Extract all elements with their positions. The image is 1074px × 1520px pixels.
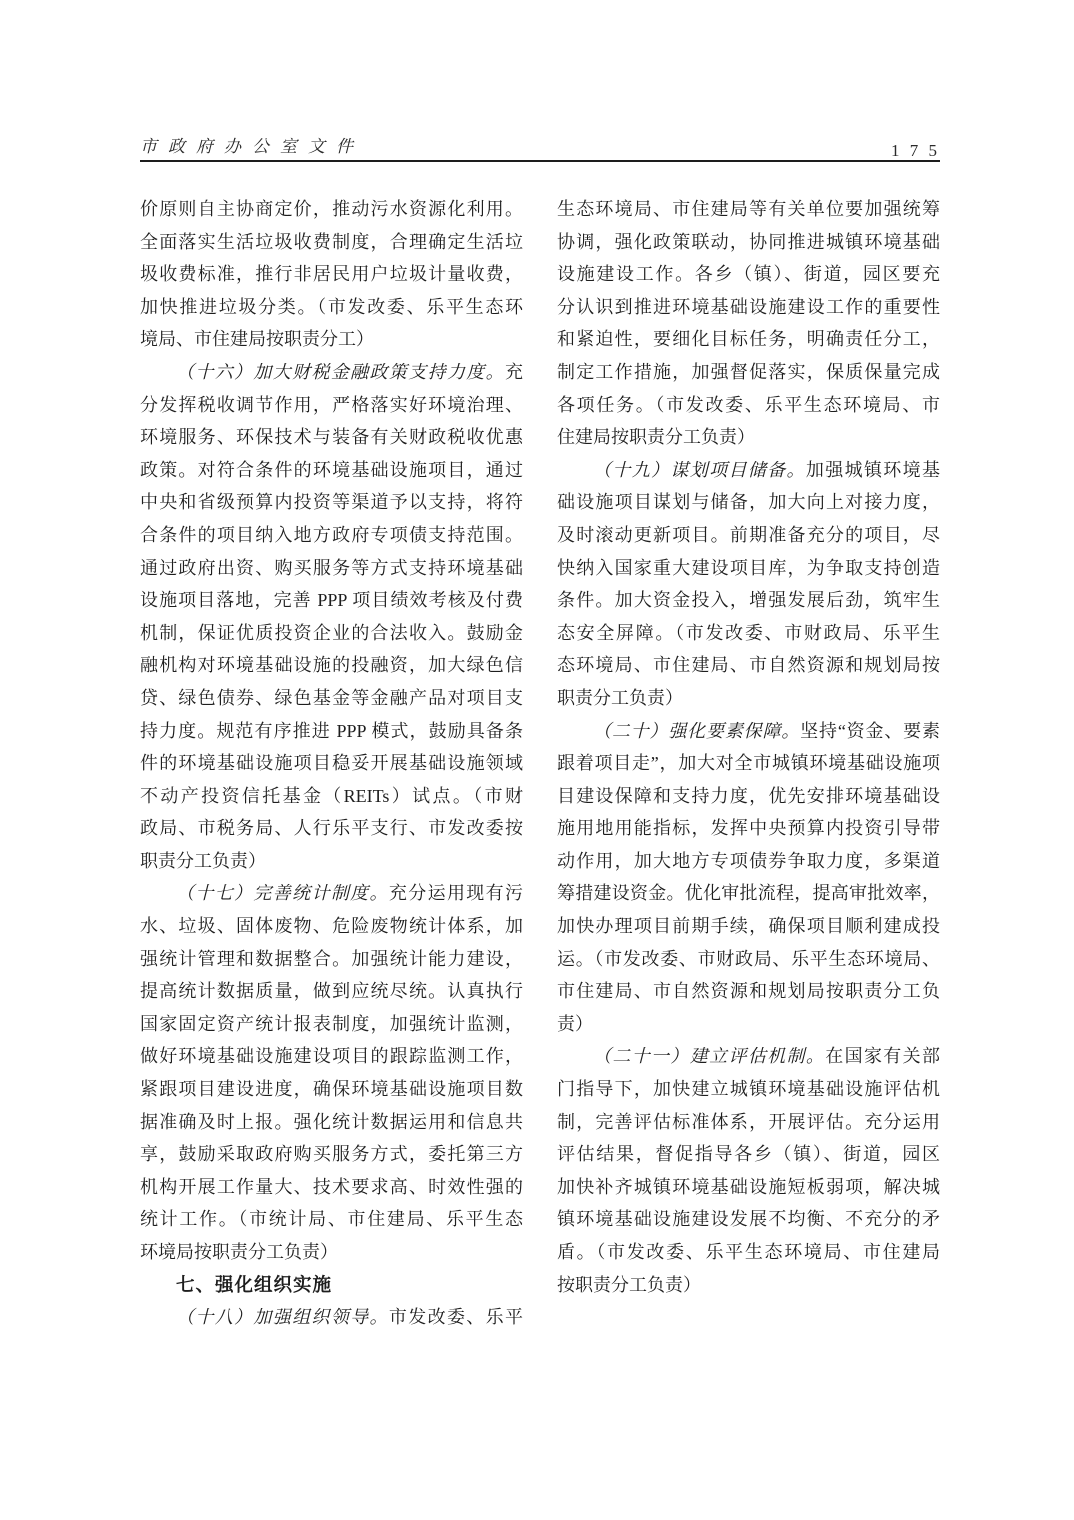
text-line: 评估结果，督促指导各乡（镇）、街道，园区 <box>557 1138 940 1171</box>
text-column-left: 价原则自主协商定价，推动污水资源化利用。全面落实生活垃圾收费制度，合理确定生活垃… <box>140 193 523 1334</box>
text-segment: 态环境局、市住建局、市自然资源和规划局按 <box>557 655 940 675</box>
text-line: 动作用，加大地方专项债券争取力度，多渠道 <box>557 845 940 878</box>
text-segment: 政局、市税务局、人行乐平支行、市发改委按 <box>140 818 523 838</box>
text-line: 设施项目落地，完善 PPP 项目绩效考核及付费 <box>140 584 523 617</box>
text-line: 职责分工负责） <box>140 845 523 878</box>
text-segment: （十九）谋划项目储备。 <box>593 460 806 480</box>
text-line: 据准确及时上报。强化统计数据运用和信息共 <box>140 1106 523 1139</box>
text-segment: 责） <box>557 1014 593 1034</box>
text-line: 态环境局、市住建局、市自然资源和规划局按 <box>557 649 940 682</box>
text-segment: 态安全屏障。（市发改委、市财政局、乐平生 <box>557 623 940 643</box>
text-segment: 镇环境基础设施建设发展不均衡、不充分的矛 <box>557 1209 940 1229</box>
text-line: 运。（市发改委、市财政局、乐平生态环境局、 <box>557 943 940 976</box>
text-segment: 跟着项目走”，加大对全市城镇环境基础设施项 <box>557 753 940 773</box>
document-page: 市政府办公室文件 1 7 5 价原则自主协商定价，推动污水资源化利用。全面落实生… <box>0 0 1074 1520</box>
text-segment: 设施项目落地，完善 PPP 项目绩效考核及付费 <box>140 590 523 610</box>
text-line: 筹措建设资金。优化审批流程，提高审批效率， <box>557 877 940 910</box>
text-segment: 加快补齐城镇环境基础设施短板弱项，解决城 <box>557 1177 940 1197</box>
text-segment: 职责分工负责） <box>557 688 683 708</box>
text-segment: （十七）完善统计制度。 <box>176 883 389 903</box>
text-line: （十七）完善统计制度。充分运用现有污 <box>140 877 523 910</box>
text-line: 职责分工负责） <box>557 682 940 715</box>
text-line: 合条件的项目纳入地方政府专项债支持范围。 <box>140 519 523 552</box>
text-segment: 分认识到推进环境基础设施建设工作的重要性 <box>557 297 940 317</box>
text-segment: 分发挥税收调节作用，严格落实好环境治理、 <box>140 395 523 415</box>
text-segment: 统计工作。（市统计局、市住建局、乐平生态 <box>140 1209 523 1229</box>
text-line: 加快办理项目前期手续，确保项目顺利建成投 <box>557 910 940 943</box>
text-line: 协调，强化政策联动，协同推进城镇环境基础 <box>557 226 940 259</box>
text-segment: 按职责分工负责） <box>557 1275 701 1295</box>
text-line: 不动产投资信托基金（REITs）试点。（市财 <box>140 780 523 813</box>
text-line: （二十一）建立评估机制。在国家有关部 <box>557 1040 940 1073</box>
text-line: 设施建设工作。各乡（镇）、街道，园区要充 <box>557 258 940 291</box>
text-line: 制，完善评估标准体系，开展评估。充分运用 <box>557 1106 940 1139</box>
text-line: 境局、市住建局按职责分工） <box>140 323 523 356</box>
text-segment: 目建设保障和支持力度，优先安排环境基础设 <box>557 786 940 806</box>
text-line: 强统计管理和数据整合。加强统计能力建设， <box>140 943 523 976</box>
text-line: 持力度。规范有序推进 PPP 模式，鼓励具备条 <box>140 715 523 748</box>
text-segment: 市发改委、乐平 <box>389 1307 523 1327</box>
text-segment: 融机构对环境基础设施的投融资，加大绿色信 <box>140 655 523 675</box>
text-line: 中央和省级预算内投资等渠道予以支持，将符 <box>140 486 523 519</box>
text-segment: 职责分工负责） <box>140 851 266 871</box>
text-segment: 筹措建设资金。优化审批流程，提高审批效率， <box>557 883 940 903</box>
text-segment: 充 <box>505 362 523 382</box>
text-line: 条件。加大资金投入，增强发展后劲，筑牢生 <box>557 584 940 617</box>
text-line: （十九）谋划项目储备。加强城镇环境基 <box>557 454 940 487</box>
text-line: 机构开展工作量大、技术要求高、时效性强的 <box>140 1171 523 1204</box>
text-segment: 快纳入国家重大建设项目库，为争取支持创造 <box>557 558 940 578</box>
text-line: 态安全屏障。（市发改委、市财政局、乐平生 <box>557 617 940 650</box>
text-segment: 机构开展工作量大、技术要求高、时效性强的 <box>140 1177 523 1197</box>
header-rule <box>140 160 940 162</box>
text-segment: 及时滚动更新项目。前期准备充分的项目，尽 <box>557 525 940 545</box>
text-segment: 价原则自主协商定价，推动污水资源化利用。 <box>140 199 523 219</box>
text-segment: 环境局按职责分工负责） <box>140 1242 338 1262</box>
text-line: 通过政府出资、购买服务等方式支持环境基础 <box>140 552 523 585</box>
text-segment: 持力度。规范有序推进 PPP 模式，鼓励具备条 <box>140 721 523 741</box>
text-column-right: 生态环境局、市住建局等有关单位要加强统筹协调，强化政策联动，协同推进城镇环境基础… <box>557 193 940 1334</box>
text-line: 圾收费标准，推行非居民用户垃圾计量收费， <box>140 258 523 291</box>
text-line: 镇环境基础设施建设发展不均衡、不充分的矛 <box>557 1203 940 1236</box>
text-segment: 盾。（市发改委、乐平生态环境局、市住建局 <box>557 1242 940 1262</box>
text-line: 施用地用能指标，发挥中央预算内投资引导带 <box>557 812 940 845</box>
text-line: 政局、市税务局、人行乐平支行、市发改委按 <box>140 812 523 845</box>
text-segment: 协调，强化政策联动，协同推进城镇环境基础 <box>557 232 940 252</box>
text-line: 紧跟项目建设进度，确保环境基础设施项目数 <box>140 1073 523 1106</box>
text-line: 市住建局、市自然资源和规划局按职责分工负 <box>557 975 940 1008</box>
text-line: 加快推进垃圾分类。（市发改委、乐平生态环 <box>140 291 523 324</box>
text-segment: 条件。加大资金投入，增强发展后劲，筑牢生 <box>557 590 940 610</box>
text-line: 价原则自主协商定价，推动污水资源化利用。 <box>140 193 523 226</box>
text-segment: 紧跟项目建设进度，确保环境基础设施项目数 <box>140 1079 523 1099</box>
text-segment: 市住建局、市自然资源和规划局按职责分工负 <box>557 981 940 1001</box>
page-number: 1 7 5 <box>891 141 940 161</box>
text-segment: （十八）加强组织领导。 <box>176 1307 389 1327</box>
text-segment: 设施建设工作。各乡（镇）、街道，园区要充 <box>557 264 940 284</box>
text-segment: 通过政府出资、购买服务等方式支持环境基础 <box>140 558 523 578</box>
text-line: 融机构对环境基础设施的投融资，加大绿色信 <box>140 649 523 682</box>
text-line: （二十）强化要素保障。坚持“资金、要素 <box>557 715 940 748</box>
text-segment: 制定工作措施，加强督促落实，保质保量完成 <box>557 362 940 382</box>
text-segment: （十六）加大财税金融政策支持力度。 <box>176 362 505 382</box>
text-segment: 强统计管理和数据整合。加强统计能力建设， <box>140 949 523 969</box>
text-line: 政策。对符合条件的环境基础设施项目，通过 <box>140 454 523 487</box>
text-segment: （二十一）建立评估机制。 <box>593 1046 825 1066</box>
text-segment: 七、强化组织实施 <box>176 1274 332 1295</box>
text-line: 快纳入国家重大建设项目库，为争取支持创造 <box>557 552 940 585</box>
text-line: 生态环境局、市住建局等有关单位要加强统筹 <box>557 193 940 226</box>
text-segment: 中央和省级预算内投资等渠道予以支持，将符 <box>140 492 523 512</box>
text-segment: 享，鼓励采取政府购买服务方式，委托第三方 <box>140 1144 523 1164</box>
text-line: 责） <box>557 1008 940 1041</box>
text-segment: 做好环境基础设施建设项目的跟踪监测工作， <box>140 1046 523 1066</box>
text-line: 做好环境基础设施建设项目的跟踪监测工作， <box>140 1040 523 1073</box>
text-line: 环境服务、环保技术与装备有关财政税收优惠 <box>140 421 523 454</box>
text-line: 制定工作措施，加强督促落实，保质保量完成 <box>557 356 940 389</box>
text-segment: 圾收费标准，推行非居民用户垃圾计量收费， <box>140 264 523 284</box>
text-line: 七、强化组织实施 <box>140 1269 523 1302</box>
text-segment: 国家固定资产统计报表制度，加强统计监测， <box>140 1014 523 1034</box>
header-folio-label: 市政府办公室文件 <box>140 132 364 157</box>
text-line: 住建局按职责分工负责） <box>557 421 940 454</box>
text-segment: 动作用，加大地方专项债券争取力度，多渠道 <box>557 851 940 871</box>
text-line: 件的环境基础设施项目稳妥开展基础设施领域 <box>140 747 523 780</box>
text-segment: 件的环境基础设施项目稳妥开展基础设施领域 <box>140 753 523 773</box>
text-line: 础设施项目谋划与储备，加大向上对接力度， <box>557 486 940 519</box>
text-segment: 础设施项目谋划与储备，加大向上对接力度， <box>557 492 940 512</box>
text-line: （十八）加强组织领导。市发改委、乐平 <box>140 1301 523 1334</box>
text-line: 跟着项目走”，加大对全市城镇环境基础设施项 <box>557 747 940 780</box>
text-line: 各项任务。（市发改委、乐平生态环境局、市 <box>557 389 940 422</box>
text-segment: 门指导下，加快建立城镇环境基础设施评估机 <box>557 1079 940 1099</box>
text-segment: 加快办理项目前期手续，确保项目顺利建成投 <box>557 916 940 936</box>
document-body: 价原则自主协商定价，推动污水资源化利用。全面落实生活垃圾收费制度，合理确定生活垃… <box>140 193 940 1334</box>
text-line: 提高统计数据质量，做到应统尽统。认真执行 <box>140 975 523 1008</box>
text-segment: 贷、绿色债券、绿色基金等金融产品对项目支 <box>140 688 523 708</box>
text-segment: （二十）强化要素保障。 <box>593 721 800 741</box>
text-segment: 据准确及时上报。强化统计数据运用和信息共 <box>140 1112 523 1132</box>
text-segment: 全面落实生活垃圾收费制度，合理确定生活垃 <box>140 232 523 252</box>
text-line: 水、垃圾、固体废物、危险废物统计体系，加 <box>140 910 523 943</box>
text-line: 国家固定资产统计报表制度，加强统计监测， <box>140 1008 523 1041</box>
text-segment: 加强城镇环境基 <box>806 460 940 480</box>
text-segment: 制，完善评估标准体系，开展评估。充分运用 <box>557 1112 940 1132</box>
text-segment: 住建局按职责分工负责） <box>557 427 755 447</box>
page-header: 市政府办公室文件 1 7 5 <box>140 0 940 157</box>
text-segment: 评估结果，督促指导各乡（镇）、街道，园区 <box>557 1144 940 1164</box>
text-segment: 合条件的项目纳入地方政府专项债支持范围。 <box>140 525 523 545</box>
text-segment: 生态环境局、市住建局等有关单位要加强统筹 <box>557 199 940 219</box>
text-segment: 充分运用现有污 <box>389 883 523 903</box>
text-line: 全面落实生活垃圾收费制度，合理确定生活垃 <box>140 226 523 259</box>
text-segment: 运。（市发改委、市财政局、乐平生态环境局、 <box>557 949 940 969</box>
text-segment: 水、垃圾、固体废物、危险废物统计体系，加 <box>140 916 523 936</box>
text-line: 环境局按职责分工负责） <box>140 1236 523 1269</box>
text-segment: 各项任务。（市发改委、乐平生态环境局、市 <box>557 395 940 415</box>
text-segment: 环境服务、环保技术与装备有关财政税收优惠 <box>140 427 523 447</box>
text-line: 分认识到推进环境基础设施建设工作的重要性 <box>557 291 940 324</box>
text-line: 和紧迫性，要细化目标任务，明确责任分工， <box>557 323 940 356</box>
text-line: 机制，保证优质投资企业的合法收入。鼓励金 <box>140 617 523 650</box>
text-segment: 境局、市住建局按职责分工） <box>140 329 374 349</box>
text-line: （十六）加大财税金融政策支持力度。充 <box>140 356 523 389</box>
text-segment: 机制，保证优质投资企业的合法收入。鼓励金 <box>140 623 523 643</box>
text-segment: 提高统计数据质量，做到应统尽统。认真执行 <box>140 981 523 1001</box>
text-segment: 施用地用能指标，发挥中央预算内投资引导带 <box>557 818 940 838</box>
text-line: 目建设保障和支持力度，优先安排环境基础设 <box>557 780 940 813</box>
text-segment: 在国家有关部 <box>825 1046 940 1066</box>
text-segment: 和紧迫性，要细化目标任务，明确责任分工， <box>557 329 940 349</box>
text-segment: 不动产投资信托基金（REITs）试点。（市财 <box>140 786 523 806</box>
text-line: 及时滚动更新项目。前期准备充分的项目，尽 <box>557 519 940 552</box>
text-line: 统计工作。（市统计局、市住建局、乐平生态 <box>140 1203 523 1236</box>
text-segment: 加快推进垃圾分类。（市发改委、乐平生态环 <box>140 297 523 317</box>
text-line: 加快补齐城镇环境基础设施短板弱项，解决城 <box>557 1171 940 1204</box>
text-line: 享，鼓励采取政府购买服务方式，委托第三方 <box>140 1138 523 1171</box>
text-line: 按职责分工负责） <box>557 1269 940 1302</box>
text-segment: 坚持“资金、要素 <box>800 721 940 741</box>
text-line: 盾。（市发改委、乐平生态环境局、市住建局 <box>557 1236 940 1269</box>
text-segment: 政策。对符合条件的环境基础设施项目，通过 <box>140 460 523 480</box>
text-line: 门指导下，加快建立城镇环境基础设施评估机 <box>557 1073 940 1106</box>
text-line: 贷、绿色债券、绿色基金等金融产品对项目支 <box>140 682 523 715</box>
text-line: 分发挥税收调节作用，严格落实好环境治理、 <box>140 389 523 422</box>
